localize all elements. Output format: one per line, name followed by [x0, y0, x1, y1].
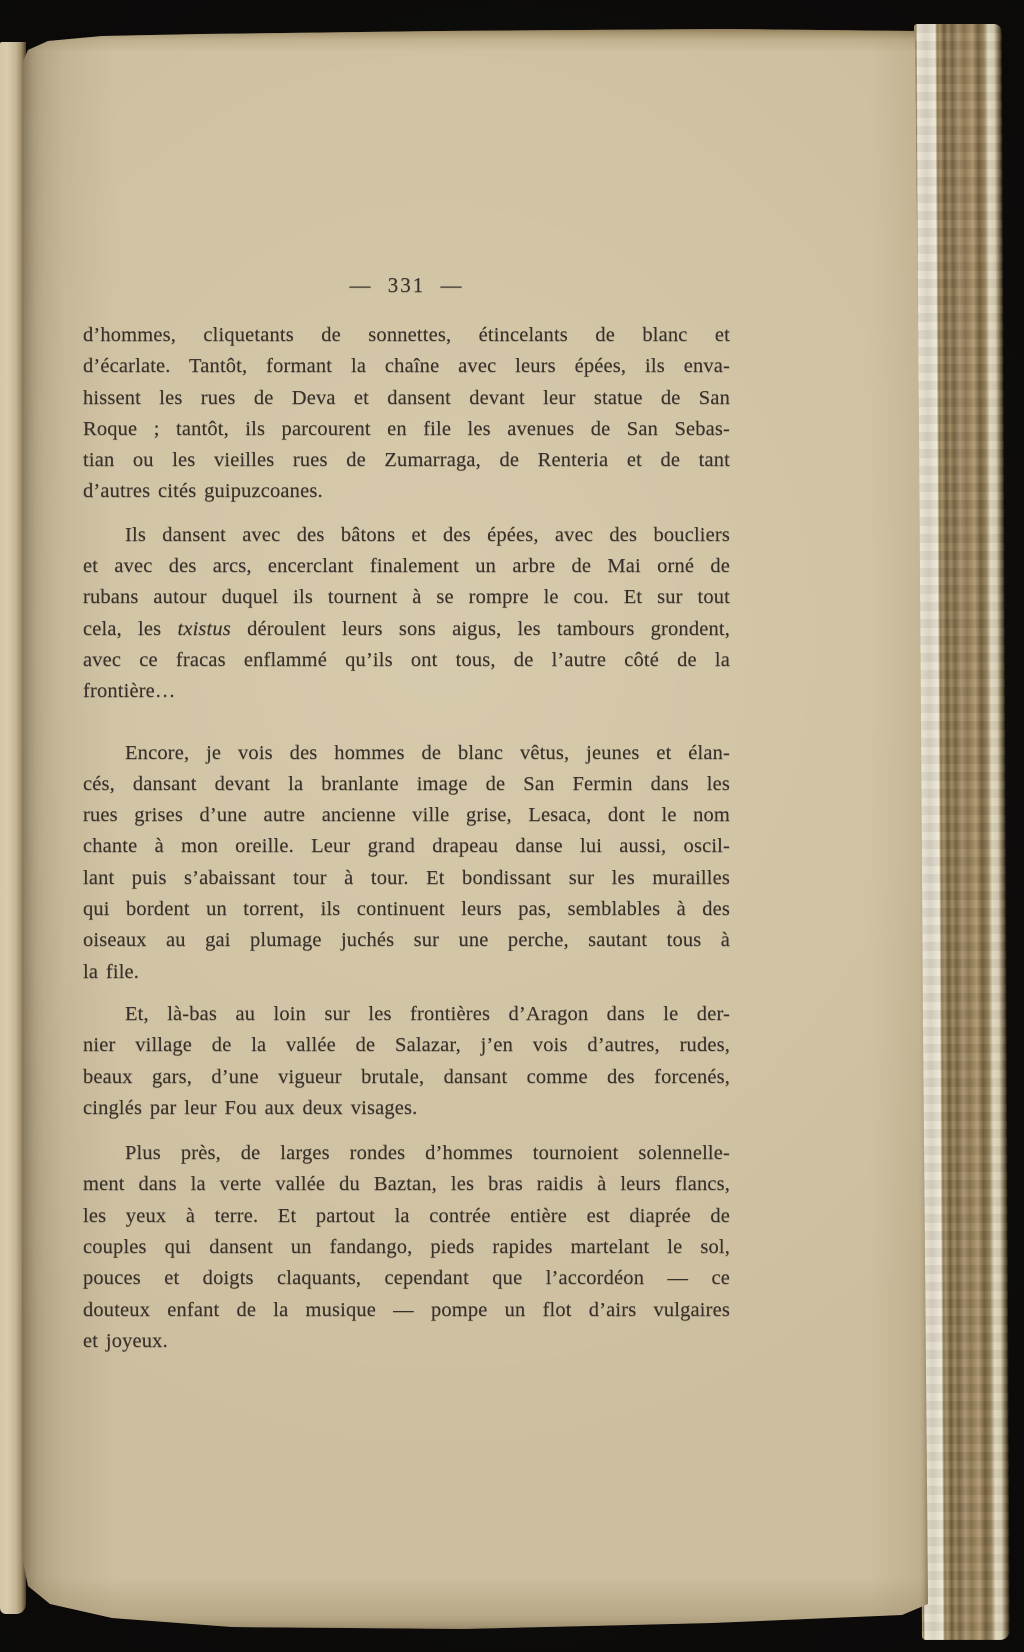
text-line: les yeux à terre. Et partout la contrée … — [83, 1201, 730, 1232]
text-line: frontière… — [83, 676, 730, 707]
text-line: pouces et doigts claquants, cependant qu… — [83, 1263, 730, 1294]
text-line: qui bordent un torrent, ils continuent l… — [83, 894, 730, 925]
text-line: beaux gars, d’une vigueur brutale, dansa… — [83, 1062, 730, 1093]
text-line: nier village de la vallée de Salazar, j’… — [83, 1030, 730, 1061]
text-line: d’écarlate. Tantôt, formant la chaîne av… — [83, 351, 730, 382]
text-body: d’hommes, cliquetants de sonnettes, étin… — [83, 320, 730, 1357]
text-line: et avec des arcs, encerclant finalement … — [83, 551, 730, 582]
text-line: cela, les txistus déroulent leurs sons a… — [83, 614, 730, 645]
text-line: d’autres cités guipuzcoanes. — [83, 476, 730, 507]
text-line: ment dans la verte vallée du Baztan, les… — [83, 1169, 730, 1200]
text-block: — 331 — d’hommes, cliquetants de sonnett… — [83, 270, 730, 1357]
text-line: couples qui dansent un fandango, pieds r… — [83, 1232, 730, 1263]
text-line: d’hommes, cliquetants de sonnettes, étin… — [83, 320, 730, 351]
text-line: cés, dansant devant la branlante image d… — [83, 769, 730, 800]
text-line: Encore, je vois des hommes de blanc vêtu… — [83, 738, 730, 769]
text-line: rubans autour duquel ils tournent à se r… — [83, 582, 730, 613]
text-line: la file. — [83, 957, 730, 988]
book-page: — 331 — d’hommes, cliquetants de sonnett… — [22, 26, 928, 1632]
text-line: oiseaux au gai plumage juchés sur une pe… — [83, 925, 730, 956]
text-line: tian ou les vieilles rues de Zumarraga, … — [83, 445, 730, 476]
text-line: et joyeux. — [83, 1326, 730, 1357]
text-line: chante à mon oreille. Leur grand drapeau… — [83, 831, 730, 862]
text-line: Plus près, de larges rondes d’hommes tou… — [83, 1138, 730, 1169]
text-line: cinglés par leur Fou aux deux visages. — [83, 1093, 730, 1124]
text-line: Et, là-bas au loin sur les frontières d’… — [83, 999, 730, 1030]
text-line: avec ce fracas enflammé qu’ils ont tous,… — [83, 645, 730, 676]
page-number: — 331 — — [83, 270, 730, 301]
text-line: rues grises d’une autre ancienne ville g… — [83, 800, 730, 831]
text-paragraph: Ils dansent avec des bâtons et des épées… — [83, 520, 730, 708]
text-paragraph: d’hommes, cliquetants de sonnettes, étin… — [83, 320, 730, 508]
text-paragraph: Plus près, de larges rondes d’hommes tou… — [83, 1138, 730, 1357]
text-line: hissent les rues de Deva et dansent deva… — [83, 383, 730, 414]
text-line: Roque ; tantôt, ils parcourent en file l… — [83, 414, 730, 445]
fore-edge-page-stack — [914, 24, 1010, 1640]
text-paragraph: Encore, je vois des hommes de blanc vêtu… — [83, 738, 730, 988]
text-line: douteux enfant de la musique — pompe un … — [83, 1295, 730, 1326]
text-paragraph: Et, là-bas au loin sur les frontières d’… — [83, 999, 730, 1124]
text-line: Ils dansent avec des bâtons et des épées… — [83, 520, 730, 551]
text-line: lant puis s’abaissant tour à tour. Et bo… — [83, 863, 730, 894]
